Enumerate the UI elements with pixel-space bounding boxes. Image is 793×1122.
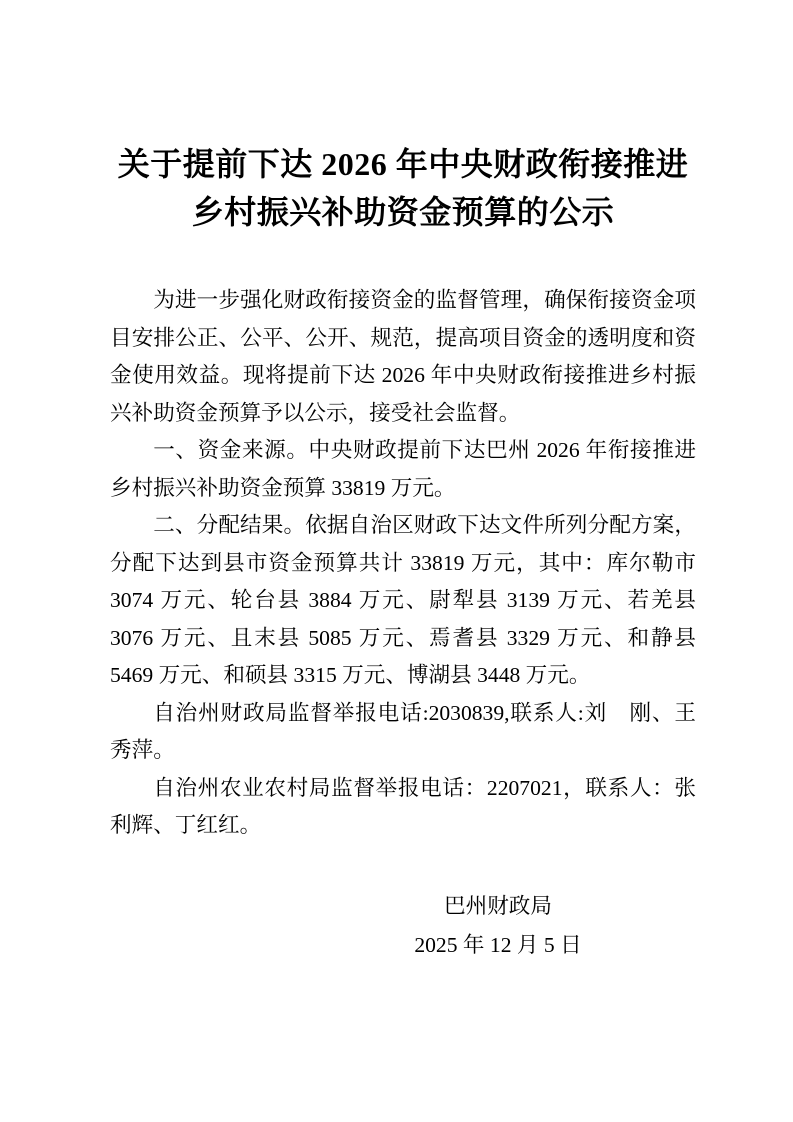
signature-org: 巴州财政局 — [300, 887, 696, 926]
paragraph: 二、分配结果。依据自治区财政下达文件所列分配方案，分配下达到县市资金预算共计 3… — [110, 507, 696, 695]
document-title: 关于提前下达 2026 年中央财政衔接推进 乡村振兴补助资金预算的公示 — [110, 140, 696, 236]
document-body: 为进一步强化财政衔接资金的监督管理，确保衔接资金项目安排公正、公平、公开、规范，… — [110, 282, 696, 845]
paragraph: 自治州财政局监督举报电话:2030839,联系人:刘 刚、王秀萍。 — [110, 695, 696, 770]
title-line-2: 乡村振兴补助资金预算的公示 — [110, 188, 696, 236]
signature-date: 2025 年 12 月 5 日 — [300, 926, 696, 965]
paragraph: 为进一步强化财政衔接资金的监督管理，确保衔接资金项目安排公正、公平、公开、规范，… — [110, 282, 696, 432]
title-line-1: 关于提前下达 2026 年中央财政衔接推进 — [110, 140, 696, 188]
paragraph: 一、资金来源。中央财政提前下达巴州 2026 年衔接推进乡村振兴补助资金预算 3… — [110, 432, 696, 507]
paragraph: 自治州农业农村局监督举报电话：2207021，联系人：张利辉、丁红红。 — [110, 770, 696, 845]
signature-block: 巴州财政局 2025 年 12 月 5 日 — [300, 887, 696, 965]
document-page: 关于提前下达 2026 年中央财政衔接推进 乡村振兴补助资金预算的公示 为进一步… — [0, 0, 793, 1122]
